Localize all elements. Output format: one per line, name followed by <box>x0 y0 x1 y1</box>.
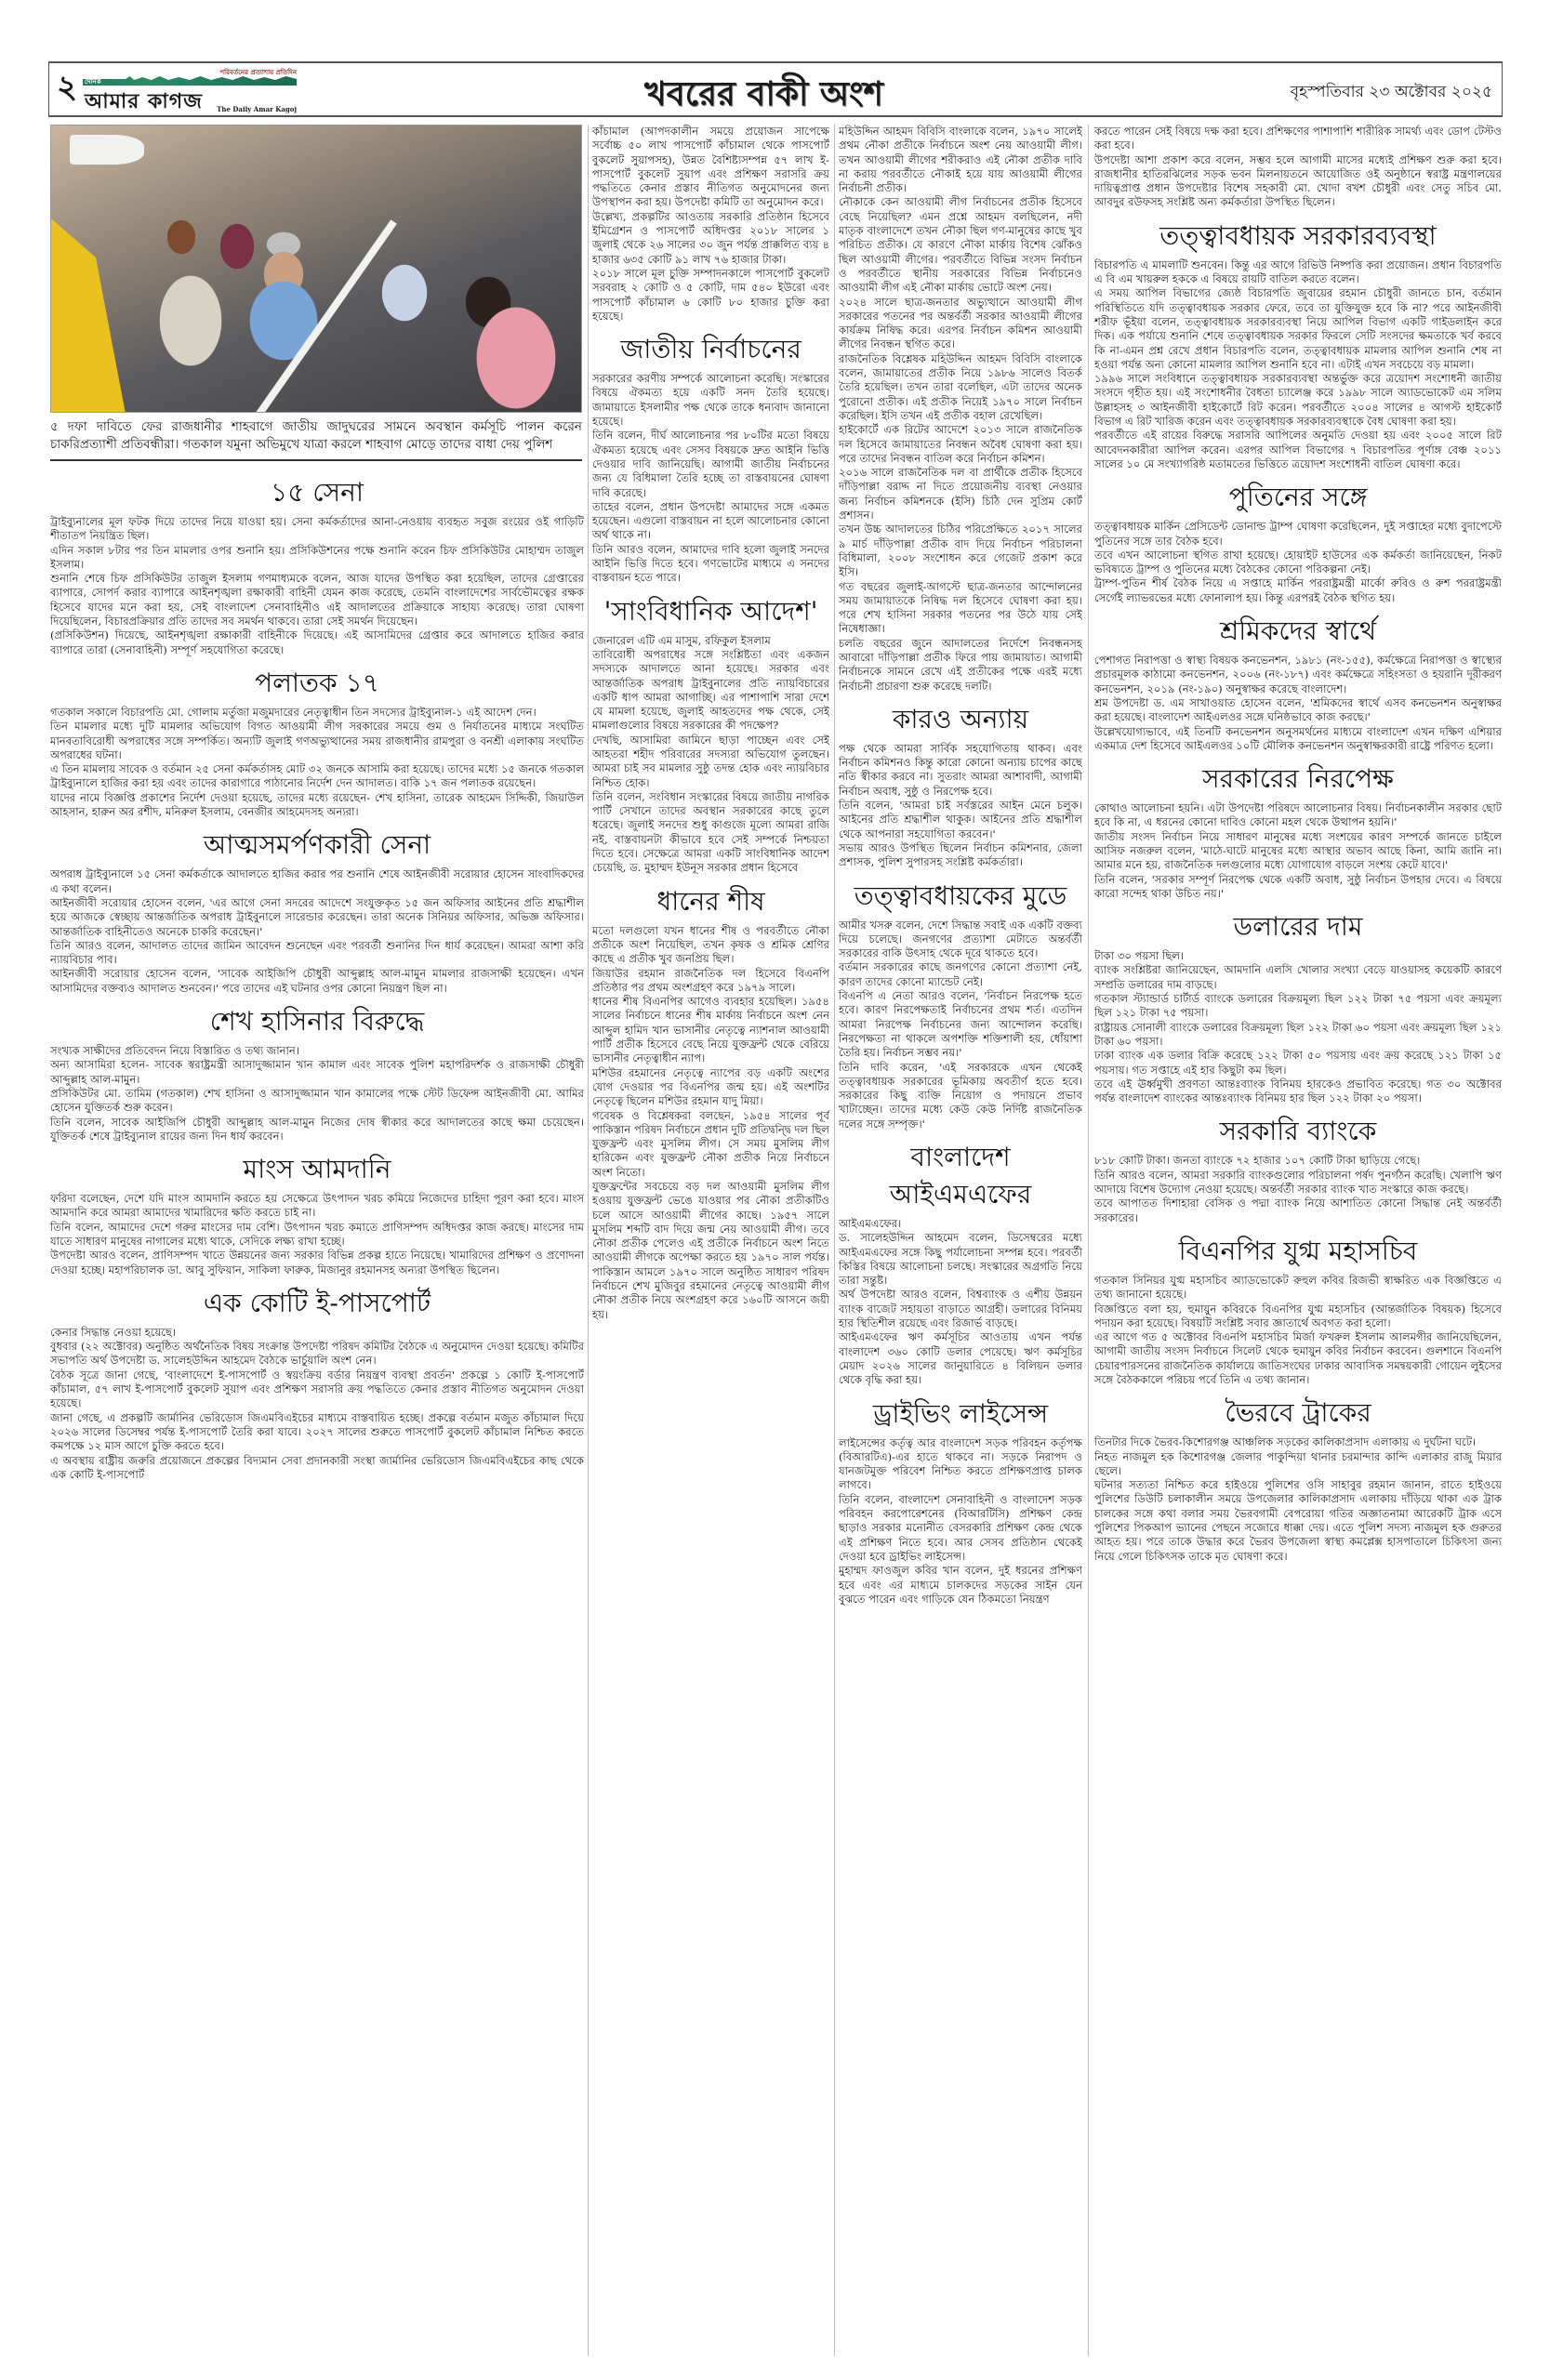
article-paragraph: তিনি বলেন, সংবিধান সংস্কারের বিষয়ে জাতী… <box>592 790 829 876</box>
article-paragraph: তিনি বলেন, বাংলাদেশ সেনাবাহিনী ও বাংলাদে… <box>839 1493 1082 1564</box>
article-paragraph: যাদের নামে বিজ্ঞপ্তি প্রকাশের নির্দেশ দে… <box>50 791 584 820</box>
page-number: ২ <box>57 63 83 116</box>
article-heading: শেখ হাসিনার বিরুদ্ধে <box>50 1003 584 1040</box>
column-divider <box>834 125 835 2356</box>
article-paragraph: সভায় আরও উপস্থিত ছিলেন নির্বাচন কমিশনার… <box>839 841 1082 870</box>
barricade-shape <box>51 218 126 413</box>
article-heading: 'সাংবিধানিক আদেশ' <box>592 593 829 630</box>
article-paragraph: জাতীয় সংসদ নির্বাচন নিয়ে সাধারণ মানুষে… <box>1094 830 1502 873</box>
logo-english-name: The Daily Amar Kagoj <box>217 105 297 113</box>
logo-name: আমার কাগজ <box>85 86 203 120</box>
article-paragraph: ১৯৯৬ সালে সংবিধানে তত্ত্বাবধায়ক সরকারব্… <box>1094 372 1502 429</box>
divider <box>50 459 582 461</box>
article-paragraph: শ্রম উপদেষ্টা ড. এম সাখাওয়াত হোসেন বলেন… <box>1094 696 1502 725</box>
article-paragraph: জেনারেল এটি এম মাসুম, রফিকুল ইসলাম <box>592 634 829 648</box>
article-paragraph: তিনি আরও বলেন, আমরা সরকারি ব্যাংকগুলোর প… <box>1094 1169 1502 1197</box>
article-paragraph: তবে এই ঊর্ধ্বমুখী প্রবণতা আন্তঃব্যাংক বি… <box>1094 1078 1502 1106</box>
article-paragraph: তবে এখন আলোচনা স্থগিত রাখা হয়েছে। হোয়া… <box>1094 549 1502 577</box>
newspaper-page: ২ পরিবর্তনের প্রত্যাশায় প্রতিদিন দৈনিক … <box>48 61 1503 2358</box>
article-heading: ১৫ সেনা <box>50 474 584 511</box>
article-paragraph: চলতি বছরের জুনে আদালতের নির্দেশে নিবন্ধন… <box>839 637 1082 694</box>
article-paragraph: ২০২৪ সালে ছাত্র-জনতার অভ্যুত্থানে আওয়াম… <box>839 296 1082 352</box>
article-paragraph: যুক্তফ্রন্টের সবচেয়ে বড় দল আওয়ামী মুস… <box>592 1180 829 1322</box>
article-paragraph: (প্রসিকিউশন) দিয়েছে, আইনশৃঙ্খলা রক্ষাকা… <box>50 628 584 657</box>
article-paragraph: করতে পারেন সেই বিষয়ে দক্ষ করা হবে। প্রশ… <box>1094 125 1502 153</box>
article-paragraph: হাইকোর্টে এক রিটের আদেশে ২০১৩ সালে রাজনৈ… <box>839 423 1082 466</box>
column-divider <box>588 125 589 2356</box>
article-paragraph: জিয়াউর রহমান রাজনৈতিক দল হিসেবে বিএনপি … <box>592 967 829 996</box>
article-paragraph: নৌকাকে কেন আওয়ামী লীগ নির্বাচনের প্রতীক… <box>839 195 1082 295</box>
article-paragraph: লাইসেন্সের কর্তৃত্ব আর বাংলাদেশ সড়ক পরি… <box>839 1436 1082 1493</box>
article-paragraph: কেনার সিদ্ধান্ত নেওয়া হয়েছে। <box>50 1326 584 1340</box>
article-paragraph: মতো দলগুলো যখন ধানের শীষ ও পরবর্তীতে নৌক… <box>592 924 829 967</box>
article-paragraph: আইনজীবী সরোয়ার হোসেন বলেন, 'এর আগে সেনা… <box>50 896 584 939</box>
article-paragraph: মুহাম্মদ ফাওজুল কবির খান বলেন, দুই ধরনের… <box>839 1564 1082 1606</box>
article-paragraph: মহিউদ্দিন আহমদ বিবিসি বাংলাকে বলেন, ১৯৭০… <box>839 125 1082 195</box>
article-paragraph: উপদেষ্টা আরও বলেন, প্রাণিসম্পদ খাতে উন্ন… <box>50 1249 584 1277</box>
article-heading: ড্রাইভিং লাইসেন্স <box>839 1395 1082 1433</box>
article-heading: ডলারের দাম <box>1094 908 1502 945</box>
article-paragraph: আমীর খসরু বলেন, দেশে সিদ্ধান্ত সবাই এক এ… <box>839 919 1082 961</box>
column-4: করতে পারেন সেই বিষয়ে দক্ষ করা হবে। প্রশ… <box>1094 125 1502 2356</box>
article-paragraph: মশিউর রহমানের নেতৃত্বে ন্যাপের বড় একটি … <box>592 1066 829 1109</box>
article-paragraph: ঢাকা ব্যাংক এক ডলার বিক্রি করেছে ১২২ টাক… <box>1094 1049 1502 1078</box>
article-paragraph: এ সময় আপিল বিভাগের জ্যেষ্ঠ বিচারপতি জুব… <box>1094 286 1502 372</box>
article-paragraph: তাহের বলেন, প্রধান উপদেষ্টা আমাদের সঙ্গে… <box>592 500 829 543</box>
article-paragraph: এ তিন মামলায় সাবেক ও বর্তমান ২৫ সেনা কর… <box>50 762 584 791</box>
news-photo[interactable] <box>50 125 582 413</box>
column-2: কাঁচামাল (আপদকালীন সময়ে প্রয়োজন সাপেক্… <box>592 125 829 2356</box>
article-heading: বাংলাদেশ আইএমএফের <box>839 1139 1082 1213</box>
article-paragraph: তিনি দাবি করেন, 'এই সরকারকে এখন থেকেই তত… <box>839 1061 1082 1131</box>
article-paragraph: অন্য আসামিরা হলেন- সাবেক স্বরাষ্ট্রমন্ত্… <box>50 1058 584 1087</box>
article-paragraph: ঘটনার সত্যতা নিশ্চিত করে হাইওয়ে পুলিশের… <box>1094 1478 1502 1564</box>
article-paragraph: উপদেষ্টা আশা প্রকাশ করে বলেন, সম্ভব হলে … <box>1094 153 1502 210</box>
article-paragraph: তিনি বলেন, আমাদের দেশে গরুর মাংসের দাম ব… <box>50 1221 584 1249</box>
article-heading: পলাতক ১৭ <box>50 665 584 702</box>
article-paragraph: ব্যাংক সংশ্লিষ্টরা জানিয়েছেন, আমদানি এল… <box>1094 963 1502 992</box>
article-paragraph: বুধবার (২২ অক্টোবর) অনুষ্ঠিত অর্থনৈতিক ব… <box>50 1340 584 1368</box>
article-paragraph: বিজ্ঞপ্তিতে বলা হয়, হুমায়ুন কবিরকে বিএ… <box>1094 1302 1502 1331</box>
article-paragraph: বৈঠক সূত্রে জানা গেছে, 'বাংলাদেশে ই-পাসপ… <box>50 1368 584 1411</box>
article-paragraph: প্রসিকিউটর মো. তামিম (গতকাল) শেখ হাসিনা … <box>50 1087 584 1116</box>
article-heading: কারও অন্যায় <box>839 701 1082 738</box>
article-paragraph: এর আগে গত ৫ অক্টোবর বিএনপি মহাসচিব মির্জ… <box>1094 1330 1502 1387</box>
article-paragraph: পক্ষ থেকে আমরা সার্বিক সহযোগিতায় থাকব। … <box>839 742 1082 799</box>
article-heading: সরকারি ব্যাংকে <box>1094 1113 1502 1150</box>
article-paragraph: তত্ত্বাবধায়ক মার্কিন প্রেসিডেন্ট ডোনাল্… <box>1094 520 1502 549</box>
article-paragraph: শুনানি শেষে চিফ প্রসিকিউটর তাজুল ইসলাম গ… <box>50 572 584 628</box>
article-paragraph: তবে আপাতত দিশাহারা বেসিক ও পদ্মা ব্যাংক … <box>1094 1197 1502 1225</box>
article-paragraph: অপরাধ ট্রাইব্যুনালে ১৫ সেনা কর্মকর্তাকে … <box>50 867 584 896</box>
article-heading: ধানের শীষ <box>592 883 829 920</box>
article-paragraph: তিনি বলেন, 'সরকার সম্পূর্ণ নিরপেক্ষ থেকে… <box>1094 873 1502 902</box>
article-paragraph: ফরিদা বলেছেন, দেশে যদি মাংস আমদানি করতে … <box>50 1192 584 1221</box>
article-paragraph: ট্রাইব্যুনালের মূল ফটক দিয়ে তাদের নিয়ে… <box>50 515 584 544</box>
article-paragraph: পেশাগত নিরাপত্তা ও স্বাস্থ্য বিষয়ক কনভে… <box>1094 654 1502 696</box>
article-heading: জাতীয় নির্বাচনের <box>592 331 829 368</box>
article-heading: ভৈরবে ট্রাকের <box>1094 1395 1502 1432</box>
article-paragraph: ৮১৮ কোটি টাকা। জনতা ব্যাংকে ৭২ হাজার ১০৭… <box>1094 1154 1502 1168</box>
article-paragraph: তিনি বলেন, দীর্ঘ আলোচনার পর ৮০টির মতো বি… <box>592 429 829 499</box>
article-paragraph: গবেষক ও বিশ্লেষকরা বলছেন, ১৯৫৪ সালের পূর… <box>592 1109 829 1180</box>
article-heading: তত্ত্বাবধায়কের মুডে <box>839 878 1082 915</box>
article-paragraph: বিচারপতি এ মামলাটি শুনবেন। কিন্তু এর আগে… <box>1094 258 1502 287</box>
article-paragraph: রাজনৈতিক বিশ্লেষক মহিউদ্দিন আহমদ বিবিসি … <box>839 352 1082 423</box>
issue-date: বৃহস্পতিবার ২৩ অক্টোবর ২০২৫ <box>1291 80 1492 106</box>
placard-stick-shape <box>252 219 397 413</box>
column-3: মহিউদ্দিন আহমদ বিবিসি বাংলাকে বলেন, ১৯৭০… <box>839 125 1082 2356</box>
article-paragraph: আইএমএফের। <box>839 1217 1082 1231</box>
article-paragraph: নিহত নাজমুল হক কিশোরগঞ্জ জেলার পাকুন্দিয… <box>1094 1450 1502 1479</box>
article-paragraph: সংখ্যক সাক্ষীদের প্রতিবেদন নিয়ে বিস্তার… <box>50 1044 584 1058</box>
article-paragraph: ধানের শীষ বিএনপির আগেও ব্যবহার হয়েছিল। … <box>592 995 829 1065</box>
section-title: খবরের বাকী অংশ <box>644 69 883 125</box>
article-paragraph: তাবিরোধী অপরাধের সঙ্গে সংশ্লিষ্টতা এবং এ… <box>592 648 829 734</box>
article-paragraph: বিএনপি এ নেতা আরও বলেন, 'নির্বাচন নিরপেক… <box>839 989 1082 1060</box>
article-paragraph: গত বছরের জুলাই-আগস্টে ছাত্র-জনতার আন্দোল… <box>839 580 1082 637</box>
article-heading: মাংস আমদানি <box>50 1151 584 1188</box>
megaphone-shape <box>70 135 144 165</box>
article-paragraph: কাঁচামাল (আপদকালীন সময়ে প্রয়োজন সাপেক্… <box>592 125 829 210</box>
article-paragraph: এদিন সকাল ৮টার পর তিন মামলার ওপর শুনানি … <box>50 544 584 573</box>
article-paragraph: গতকাল স্ট্যান্ডার্ড চার্টার্ড ব্যাংকে ডল… <box>1094 992 1502 1021</box>
article-paragraph: টাকা ৩০ পয়সা ছিল। <box>1094 949 1502 963</box>
article-heading: পুতিনের সঙ্গে <box>1094 479 1502 516</box>
article-heading: সরকারের নিরপেক্ষ <box>1094 760 1502 798</box>
article-paragraph: পরবর্তীতে এই রায়ের বিরুদ্ধে সরাসরি আপিল… <box>1094 429 1502 471</box>
article-heading: এক কোটি ই-পাসপোর্ট <box>50 1285 584 1322</box>
article-paragraph: ড. সালেহউদ্দিন আহমেদ বলেন, ডিসেম্বরের মধ… <box>839 1231 1082 1288</box>
article-paragraph: ২০১৮ সালে মূল চুক্তি সম্পাদনকালে পাসপোর্… <box>592 267 829 324</box>
masthead: ২ পরিবর্তনের প্রত্যাশায় প্রতিদিন দৈনিক … <box>48 61 1503 117</box>
article-paragraph: তখন উচ্চ আদালতের চিঠির পরিপ্রেক্ষিতে ২০১… <box>839 522 1082 579</box>
article-paragraph: কোথাও আলোচনা হয়নি। এটা উপদেষ্টা পরিষদে … <box>1094 801 1502 830</box>
article-heading: শ্রমিকদের স্বার্থে <box>1094 613 1502 650</box>
article-paragraph: উল্লেখযোগ্যভাবে, এই তিনটি কনভেনশন অনুসমর… <box>1094 725 1502 754</box>
article-heading: বিএনপির যুগ্ম মহাসচিব <box>1094 1233 1502 1270</box>
article-paragraph: গতকাল সকালে বিচারপতি মো. গোলাম মর্তুজা ম… <box>50 706 584 720</box>
column-divider <box>1088 125 1089 2356</box>
article-paragraph: অর্থ উপদেষ্টা আরও বলেন, বিশ্বব্যাংক ও এশ… <box>839 1288 1082 1330</box>
article-paragraph: তিনটার দিকে ভৈরব-কিশোরগঞ্জ আঞ্চলিক সড়কে… <box>1094 1435 1502 1449</box>
article-paragraph: তিন মামলার মধ্যে দুটি মামলার অভিযোগ বিগত… <box>50 720 584 762</box>
article-paragraph: তিনি বলেন, সাবেক আইজিপি চৌধুরী আব্দুল্লা… <box>50 1116 584 1144</box>
article-paragraph: জানা গেছে, এ প্রকল্পটি জার্মানির ভেরিডোস… <box>50 1411 584 1454</box>
article-paragraph: আইনজীবী সরোয়ার হোসেন বলেন, 'সাবেক আইজিপ… <box>50 967 584 996</box>
article-paragraph: দেখছি, আসামিরা জামিনে ছাড়া পাচ্ছেন এবং … <box>592 734 829 790</box>
article-paragraph: রাষ্ট্রায়ত্ত সোনালী ব্যাংকে ডলারের বিক্… <box>1094 1021 1502 1050</box>
photo-caption: ৫ দফা দাবিতে ফের রাজধানীর শাহবাগে জাতীয়… <box>50 418 582 454</box>
article-paragraph: ২০১৬ সালে রাজনৈতিক দল বা প্রার্থীকে প্রত… <box>839 466 1082 522</box>
article-paragraph: বর্তমান সরকারের কাছে জনগণের কোনো প্রত্যা… <box>839 960 1082 989</box>
article-heading: তত্ত্বাবধায়ক সরকারব্যবস্থা <box>1094 218 1502 255</box>
article-paragraph: সরকারের করণীয় সম্পর্কে আলোচনা করেছি। সং… <box>592 372 829 429</box>
article-paragraph: গতকাল সিনিয়র যুগ্ম মহাসচিব অ্যাডভোকেট র… <box>1094 1274 1502 1302</box>
article-paragraph: আইএমএফের ঋণ কর্মসূচির আওতায় এখন পর্যন্ত… <box>839 1330 1082 1387</box>
article-paragraph: তিনি বলেন, 'আমরা চাই সর্বস্তরের আইন মেনে… <box>839 799 1082 841</box>
column-1: ১৫ সেনাট্রাইব্যুনালের মূল ফটক দিয়ে তাদে… <box>50 467 584 2354</box>
newspaper-logo[interactable]: পরিবর্তনের প্রত্যাশায় প্রতিদিন দৈনিক আম… <box>83 65 297 113</box>
article-paragraph: ট্রাম্প-পুতিন শীর্ষ বৈঠক নিয়ে এ সপ্তাহে… <box>1094 576 1502 605</box>
logo-tagline: পরিবর্তনের প্রত্যাশায় প্রতিদিন <box>219 67 297 78</box>
article-paragraph: তিনি আরও বলেন, আদালত তাদের জামিন আবেদন শ… <box>50 939 584 968</box>
article-heading: আত্মসমর্পণকারী সেনা <box>50 826 584 864</box>
article-paragraph: এ অবস্থায় রাষ্ট্রীয় জরুরি প্রয়োজনে প্… <box>50 1454 584 1483</box>
article-paragraph: তিনি আরও বলেন, আমাদের দাবি হলো জুলাই সনদ… <box>592 543 829 586</box>
article-paragraph: উল্লেখ্য, প্রকল্পটির আওতায় সরকারি প্রতি… <box>592 210 829 267</box>
